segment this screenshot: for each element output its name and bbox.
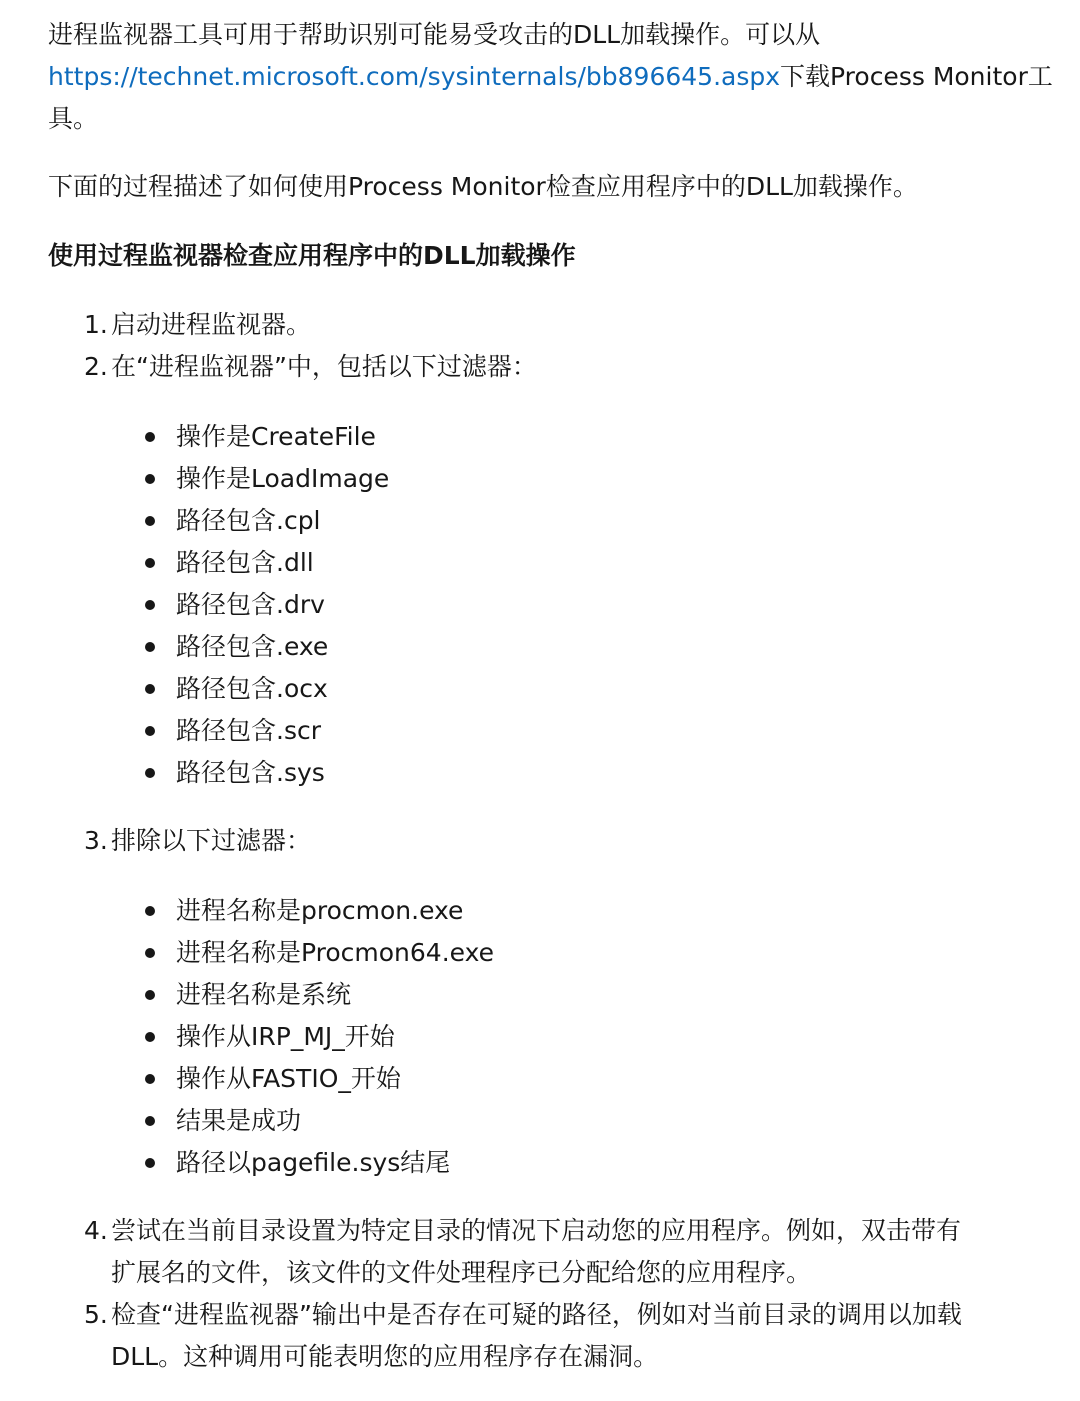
bullet-icon <box>145 1158 155 1168</box>
bullet-icon <box>145 516 155 526</box>
intro-line-3: 具。 <box>48 98 98 140</box>
section-heading: 使用过程监视器检查应用程序中的DLL加载操作 <box>48 235 576 277</box>
bullet-icon <box>145 726 155 736</box>
bullet-icon <box>145 1032 155 1042</box>
exclude-filter-item: 操作从IRP_MJ_开始 <box>176 1016 395 1058</box>
procedure-description: 下面的过程描述了如何使用Process Monitor检查应用程序中的DLL加载… <box>48 166 918 208</box>
include-filter-item: 路径包含.sys <box>176 752 325 794</box>
step-text-4-line-2: 扩展名的文件，该文件的文件处理程序已分配给您的应用程序。 <box>111 1252 811 1294</box>
exclude-filter-item: 进程名称是系统 <box>176 974 351 1016</box>
document-page: 进程监视器工具可用于帮助识别可能易受攻击的DLL加载操作。可以从 https:/… <box>0 0 1080 1401</box>
include-filter-item: 路径包含.cpl <box>176 500 321 542</box>
step-number-3: 3. <box>84 820 108 862</box>
step-text-2: 在“进程监视器”中，包括以下过滤器： <box>111 346 537 388</box>
bullet-icon <box>145 990 155 1000</box>
bullet-icon <box>145 684 155 694</box>
include-filter-item: 路径包含.exe <box>176 626 328 668</box>
intro-line-2: https://technet.microsoft.com/sysinterna… <box>48 56 1053 98</box>
step-number-5: 5. <box>84 1294 108 1336</box>
bullet-icon <box>145 558 155 568</box>
include-filter-item: 路径包含.ocx <box>176 668 328 710</box>
step-number-4: 4. <box>84 1210 108 1252</box>
step-text-4-line-1: 尝试在当前目录设置为特定目录的情况下启动您的应用程序。例如，双击带有 <box>111 1210 961 1252</box>
exclude-filter-item: 结果是成功 <box>176 1100 301 1142</box>
exclude-filter-item: 操作从FASTIO_开始 <box>176 1058 401 1100</box>
exclude-filter-item: 进程名称是procmon.exe <box>176 890 463 932</box>
include-filter-item: 操作是CreateFile <box>176 416 376 458</box>
intro-line-2-text: 下载Process Monitor工 <box>780 62 1053 91</box>
include-filter-item: 路径包含.dll <box>176 542 314 584</box>
bullet-icon <box>145 474 155 484</box>
include-filter-item: 操作是LoadImage <box>176 458 389 500</box>
include-filter-item: 路径包含.drv <box>176 584 325 626</box>
bullet-icon <box>145 642 155 652</box>
step-text-5-line-1: 检查“进程监视器”输出中是否存在可疑的路径，例如对当前目录的调用以加载 <box>111 1294 962 1336</box>
step-text-1: 启动进程监视器。 <box>111 304 311 346</box>
bullet-icon <box>145 600 155 610</box>
step-number-2: 2. <box>84 346 108 388</box>
exclude-filter-item: 路径以pagefile.sys结尾 <box>176 1142 450 1184</box>
step-number-1: 1. <box>84 304 108 346</box>
procmon-download-link[interactable]: https://technet.microsoft.com/sysinterna… <box>48 62 780 91</box>
bullet-icon <box>145 948 155 958</box>
bullet-icon <box>145 906 155 916</box>
intro-line-1: 进程监视器工具可用于帮助识别可能易受攻击的DLL加载操作。可以从 <box>48 14 820 56</box>
exclude-filter-item: 进程名称是Procmon64.exe <box>176 932 494 974</box>
bullet-icon <box>145 1116 155 1126</box>
step-text-3: 排除以下过滤器： <box>111 820 311 862</box>
include-filter-item: 路径包含.scr <box>176 710 321 752</box>
step-text-5-line-2: DLL。这种调用可能表明您的应用程序存在漏洞。 <box>111 1336 658 1378</box>
bullet-icon <box>145 432 155 442</box>
bullet-icon <box>145 768 155 778</box>
bullet-icon <box>145 1074 155 1084</box>
